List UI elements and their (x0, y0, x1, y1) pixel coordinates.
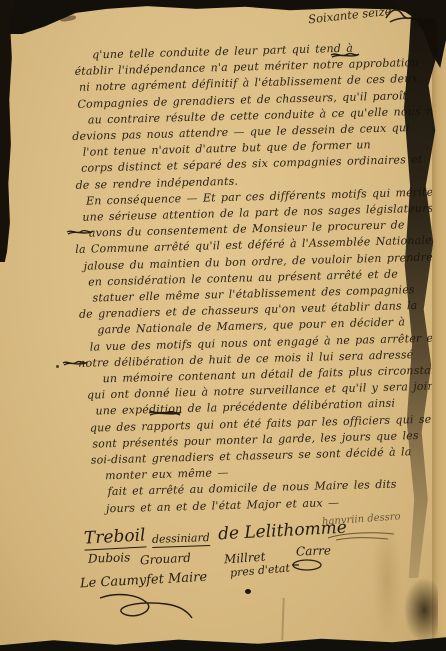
signature: Le Caumyfet Maire (80, 570, 208, 592)
ink-blot (245, 589, 251, 594)
manuscript-body: q'une telle conduite de leur part qui te… (70, 39, 440, 518)
page-edge-right (432, 24, 446, 651)
strikethrough-scribble (62, 358, 88, 368)
strikethrough-scribble (148, 408, 182, 418)
signature-flourish (96, 590, 196, 624)
document-scan: Soixante seize q'une telle conduite de l… (0, 0, 446, 651)
ink-speck (56, 365, 59, 368)
signature: Carre (296, 543, 331, 558)
signature: Dubois (88, 550, 131, 565)
strikethrough-scribble (330, 50, 360, 60)
signature: Grouard (140, 551, 192, 568)
scan-smudge-bottom-right (404, 578, 438, 642)
signature: dessiniard (152, 531, 210, 548)
signature-flourish (326, 530, 396, 542)
signature-flourish (290, 558, 324, 572)
paper-crease (281, 598, 284, 640)
signature: Treboil (83, 525, 146, 550)
strikethrough-scribble (66, 227, 94, 237)
scan-border-left (0, 0, 16, 262)
